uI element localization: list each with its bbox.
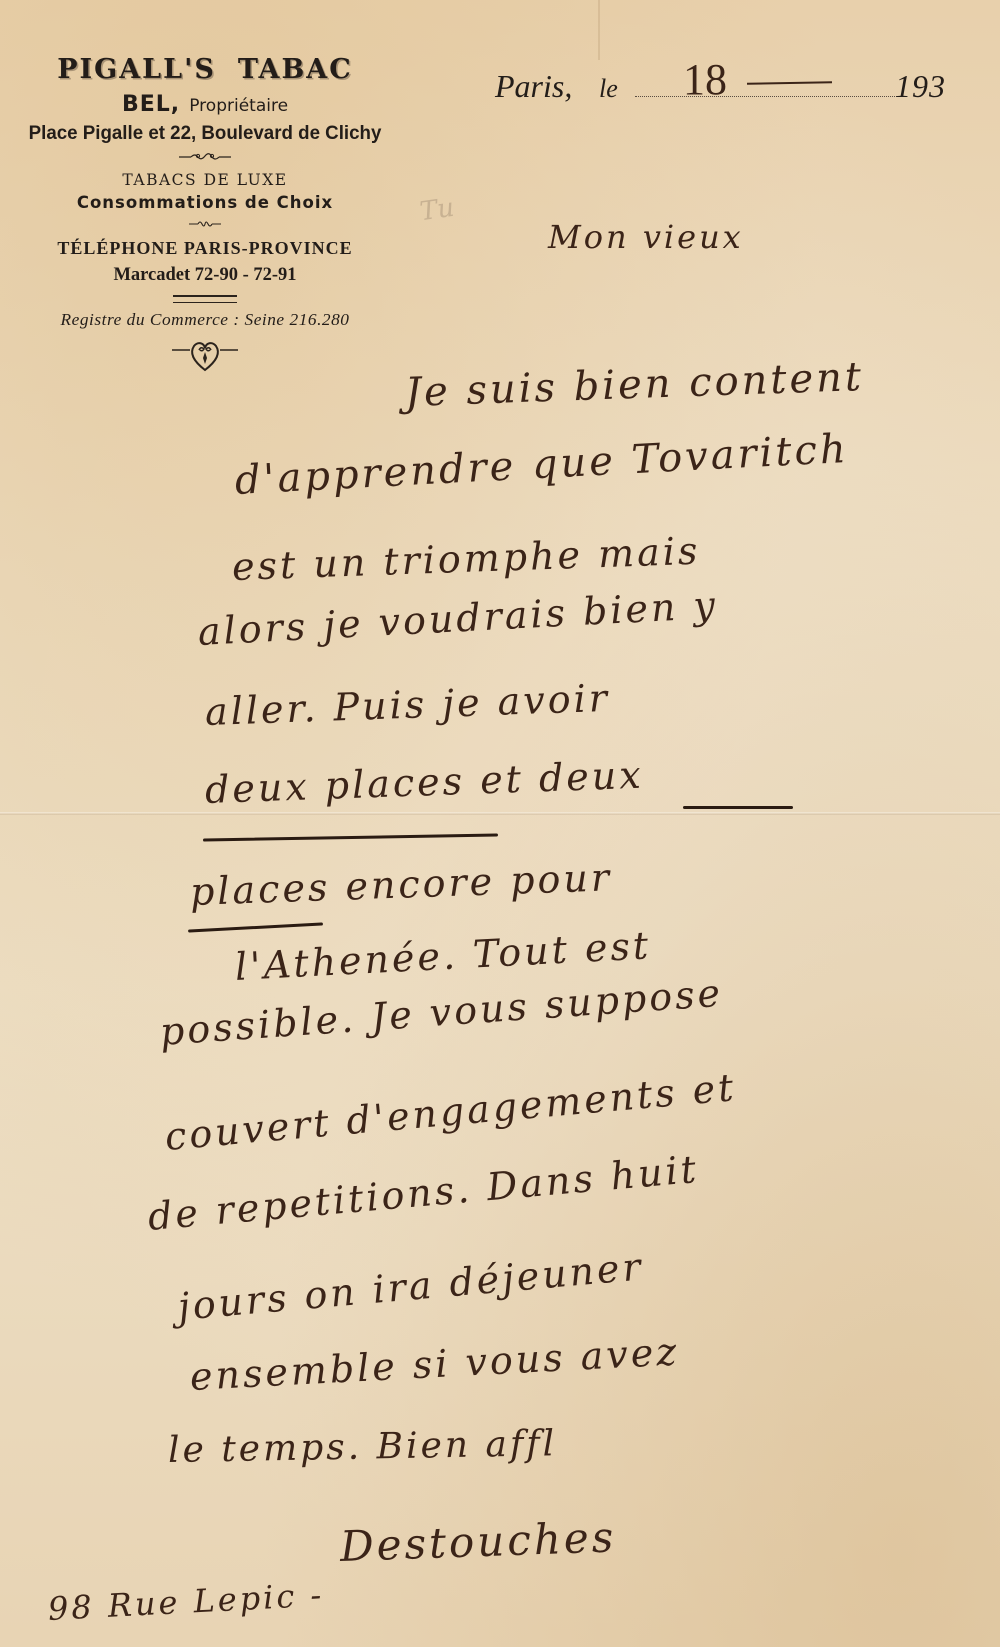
owner-role: Propriétaire bbox=[189, 96, 288, 116]
letter-line: jours on ira déjeuner bbox=[176, 1244, 645, 1329]
letterhead: PIGALL'STABAC BEL, Propriétaire Place Pi… bbox=[0, 52, 410, 373]
phone-label: TÉLÉPHONE PARIS-PROVINCE bbox=[0, 235, 410, 261]
dateline-day: 18 bbox=[683, 54, 727, 105]
letterhead-address: Place Pigalle et 22, Boulevard de Clichy bbox=[8, 119, 402, 147]
underline-places bbox=[188, 922, 323, 932]
registry-number: Registre du Commerce : Seine 216.280 bbox=[0, 309, 420, 331]
small-scroll-ornament-icon bbox=[0, 215, 410, 233]
tagline-choix: Consommations de Choix bbox=[0, 191, 410, 215]
dateline-city: Paris, bbox=[495, 68, 572, 105]
dateline-dotted-line bbox=[635, 96, 897, 97]
letter-line: est un triomphe mais bbox=[231, 529, 701, 589]
title-right: TABAC bbox=[238, 54, 353, 85]
dateline-le: le bbox=[599, 74, 618, 104]
letter-line: de repetitions. Dans huit bbox=[146, 1147, 700, 1239]
underline-deux bbox=[683, 806, 793, 809]
dateline-dash bbox=[747, 81, 832, 84]
double-rule-divider bbox=[173, 295, 237, 303]
letter-line: Je suis bien content bbox=[404, 354, 864, 416]
owner-name: BEL, bbox=[122, 92, 180, 117]
title-left: PIGALL'S bbox=[57, 54, 216, 85]
tagline-luxe: TABACS DE LUXE bbox=[0, 169, 410, 191]
vertical-crease bbox=[598, 0, 600, 60]
letter-line: aller. Puis je avoir bbox=[204, 676, 610, 734]
signature: Destouches bbox=[339, 1512, 617, 1571]
letterhead-title: PIGALL'STABAC bbox=[0, 52, 410, 88]
letter-line: couvert d'engagements et bbox=[163, 1065, 738, 1159]
letterhead-owner: BEL, Propriétaire bbox=[0, 92, 410, 119]
pencil-annotation: Tu bbox=[418, 193, 456, 227]
letter-page: PIGALL'STABAC BEL, Propriétaire Place Pi… bbox=[0, 0, 1000, 1647]
salutation: Mon vieux bbox=[548, 218, 744, 256]
scroll-ornament-icon bbox=[0, 147, 410, 165]
horizontal-fold-line bbox=[0, 812, 1000, 815]
dateline: Paris, le 18 193 bbox=[495, 60, 965, 110]
letter-line: places encore pour bbox=[189, 855, 612, 914]
letter-line: le temps. Bien affl bbox=[168, 1423, 558, 1471]
postscript-address: 98 Rue Lepic - bbox=[47, 1576, 325, 1628]
underline-deux-places bbox=[203, 833, 498, 841]
letter-line: ensemble si vous avez bbox=[189, 1329, 680, 1399]
heart-ornament-icon bbox=[0, 337, 410, 373]
letter-line: d'apprendre que Tovaritch bbox=[234, 426, 850, 504]
letter-line: alors je voudrais bien y bbox=[197, 583, 719, 654]
dateline-year: 193 bbox=[895, 68, 946, 105]
phone-numbers: Marcadet 72-90 - 72-91 bbox=[0, 261, 410, 289]
letter-line: deux places et deux bbox=[204, 753, 644, 812]
